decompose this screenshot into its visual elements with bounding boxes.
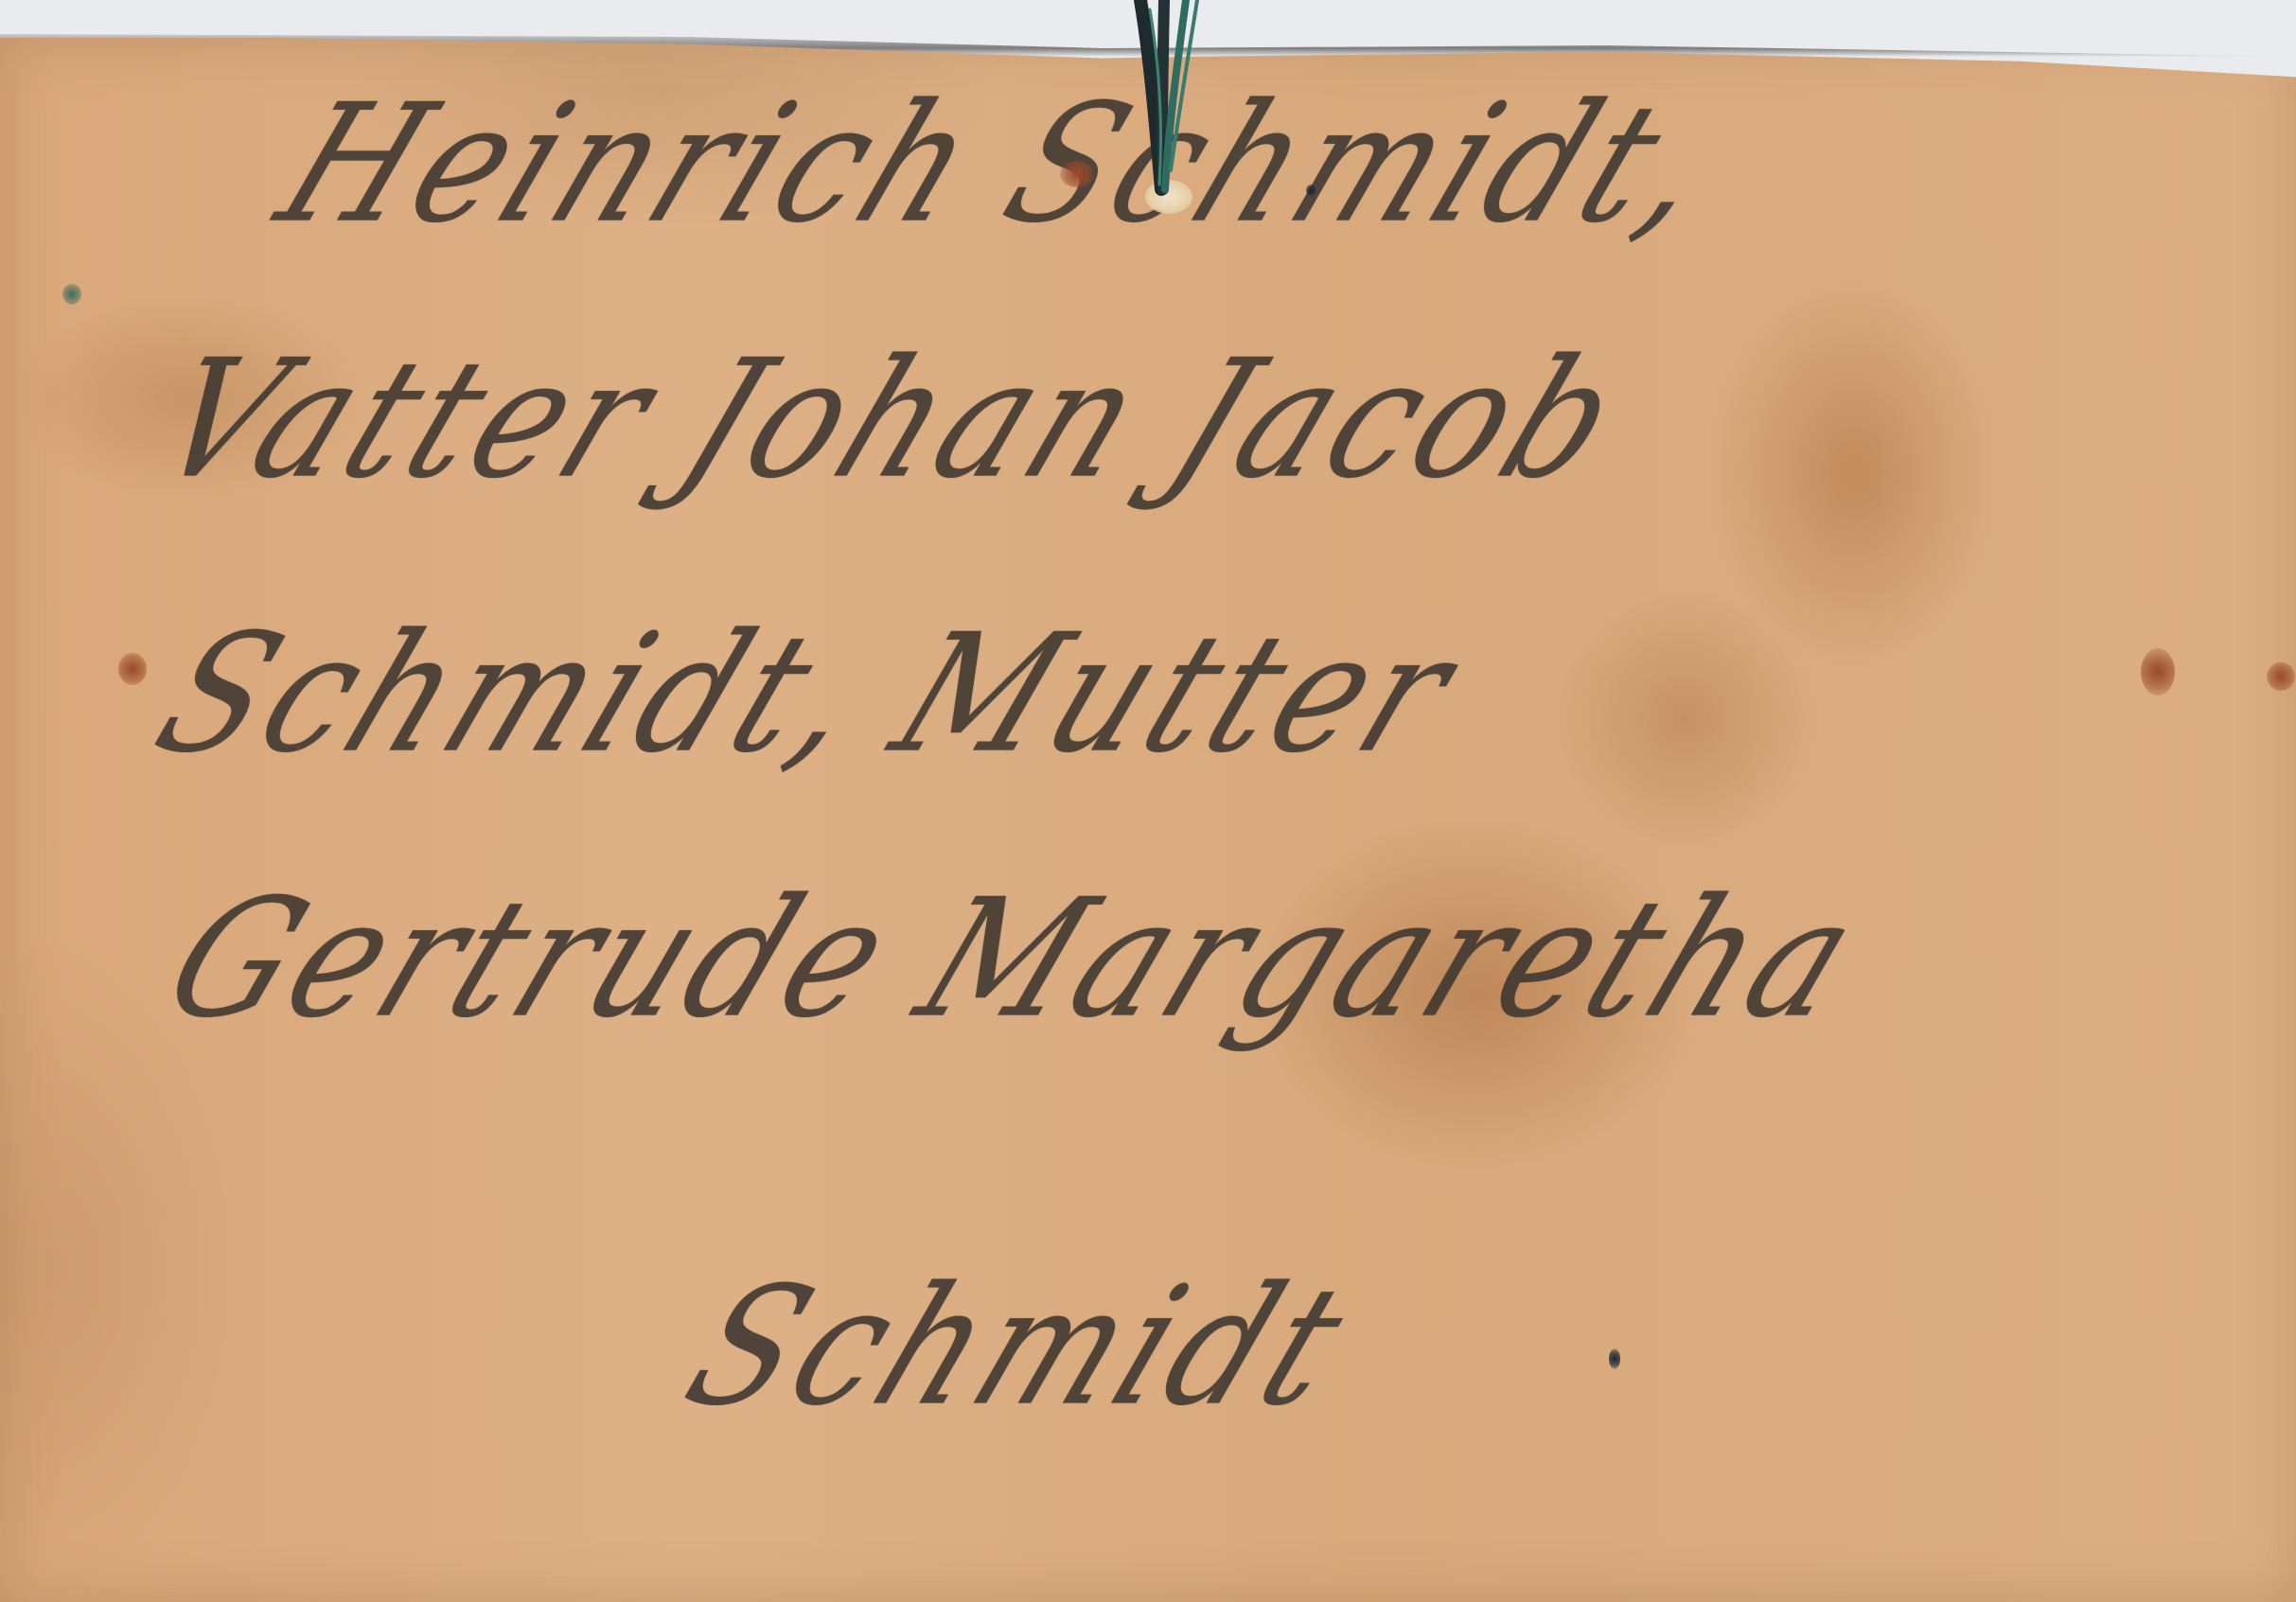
ink-dot-icon <box>1306 185 1316 196</box>
ink-dot-icon <box>1609 1348 1620 1369</box>
handwritten-line-5: Schmidt <box>662 1253 1375 1442</box>
rust-spot-icon <box>1060 161 1094 187</box>
scanned-card: Heinrich Schmidt, Vatter Johan Jacob Sch… <box>0 0 2296 1602</box>
handwritten-line-2: Vatter Johan Jacob <box>132 326 1649 515</box>
handwritten-line-3: Schmidt, Mutter <box>132 600 1483 789</box>
rust-spot-icon <box>2141 648 2175 695</box>
rust-spot-icon <box>118 653 147 685</box>
rust-spot-icon <box>2267 662 2295 691</box>
handwritten-line-1: Heinrich Schmidt, <box>256 70 1744 259</box>
paper-card: Heinrich Schmidt, Vatter Johan Jacob Sch… <box>0 38 2296 1602</box>
thread-tie-icon <box>1122 0 1207 199</box>
handwritten-line-4: Gertrude Margaretha <box>142 865 1886 1054</box>
teal-spot-icon <box>62 284 81 305</box>
